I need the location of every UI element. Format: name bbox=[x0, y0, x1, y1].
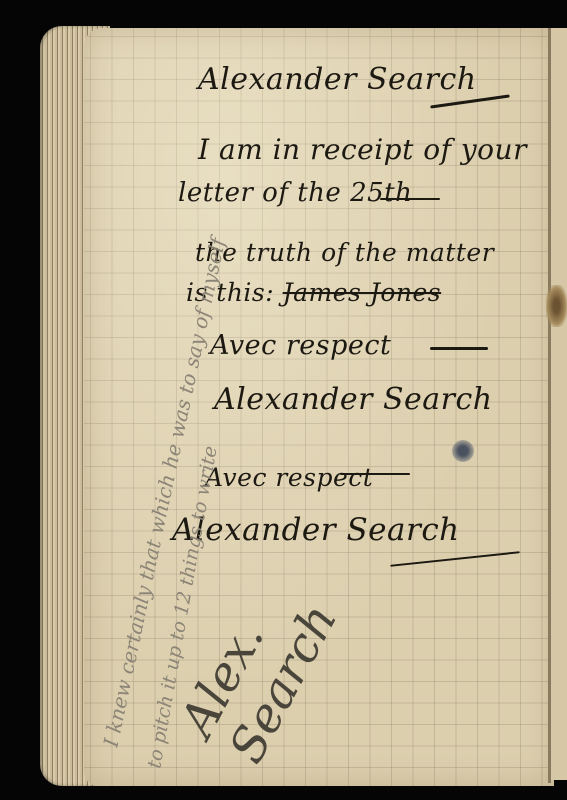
closing-1: Avec respect bbox=[210, 330, 391, 361]
ink-blot bbox=[452, 440, 474, 462]
letter-line-4: is this: James Jones bbox=[186, 278, 441, 307]
heading-signature: Alexander Search bbox=[198, 62, 477, 97]
binding-thread bbox=[546, 285, 567, 327]
flourish bbox=[380, 198, 440, 200]
signature-1: Alexander Search bbox=[214, 382, 493, 417]
struck-name: James Jones bbox=[283, 278, 442, 307]
flourish bbox=[430, 347, 488, 350]
flourish bbox=[340, 473, 410, 475]
letter-line-1: I am in receipt of your bbox=[198, 133, 527, 166]
letter-line-2: letter of the 25th bbox=[178, 178, 412, 208]
notebook: Alexander Search I am in receipt of your… bbox=[0, 0, 567, 800]
letter-line-3: the truth of the matter bbox=[195, 238, 494, 267]
facing-page-edge bbox=[551, 28, 567, 780]
